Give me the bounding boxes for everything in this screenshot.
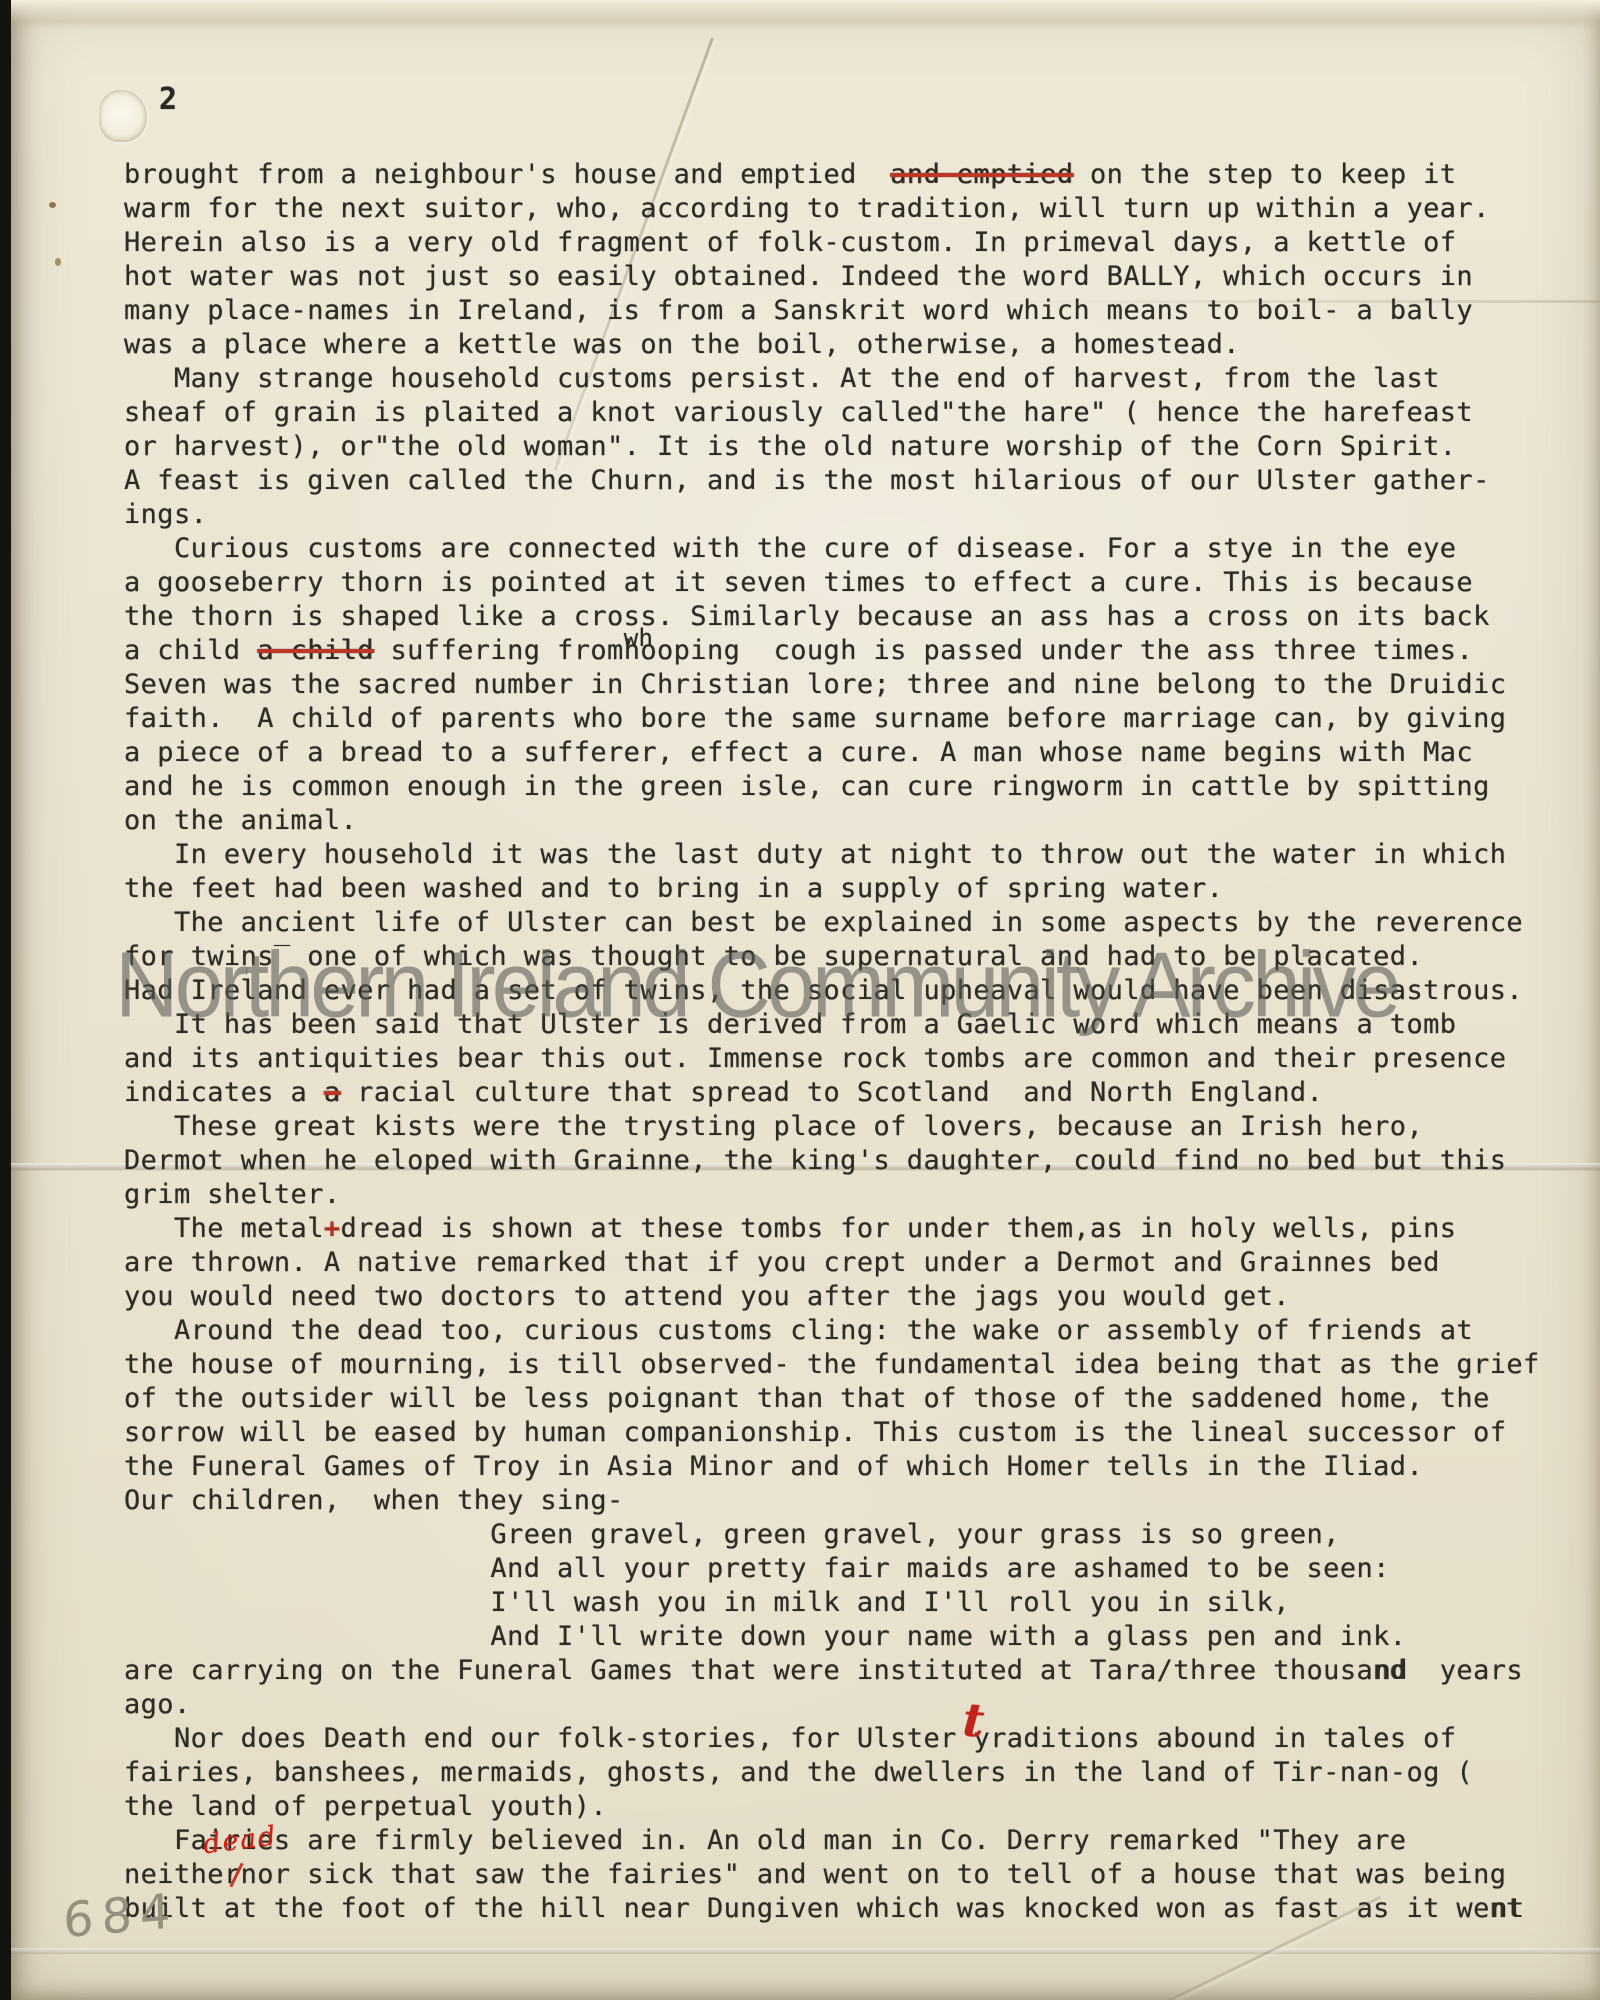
text-segment: and its antiquities bear this out. Immen…	[124, 1043, 1506, 1074]
text-line: Herein also is a very old fragment of fo…	[124, 226, 1584, 260]
text-segment: The metal	[124, 1213, 324, 1244]
text-segment: Green gravel, green gravel, your grass i…	[124, 1519, 1340, 1550]
correction-mark: and emptied	[890, 159, 1073, 190]
text-segment: of the outsider will be less poignant th…	[124, 1383, 1490, 1414]
text-segment: the feet had been washed and to bring in…	[124, 873, 1223, 904]
text-line: the feet had been washed and to bring in…	[124, 872, 1584, 906]
text-line: a piece of a bread to a sufferer, effect…	[124, 736, 1584, 770]
text-line: are thrown. A native remarked that if yo…	[124, 1246, 1584, 1280]
text-segment: a child	[124, 635, 257, 666]
text-segment: suffering from	[374, 635, 624, 666]
text-line: and he is common enough in the green isl…	[124, 770, 1584, 804]
correction-mark: nt	[1490, 1893, 1523, 1924]
paper-bottom-crease	[11, 1948, 1600, 1954]
text-segment: Many strange household customs persist. …	[124, 363, 1440, 394]
paper-sheet: 2 brought from a neighbour's house and e…	[11, 0, 1600, 2000]
paper-hole-mark	[99, 90, 147, 142]
text-line: neither deadnor sick that saw the fairie…	[124, 1858, 1584, 1892]
text-line: ings.	[124, 498, 1584, 532]
text-segment: was a place where a kettle was on the bo…	[124, 329, 1240, 360]
text-line: ago.	[124, 1688, 1584, 1722]
text-line: Around the dead too, curious customs cli…	[124, 1314, 1584, 1348]
text-segment: A feast is given called the Churn, and i…	[124, 465, 1490, 496]
text-segment: built at the foot of the hill near Dungi…	[124, 1893, 1490, 1924]
text-line: Dermot when he eloped with Grainne, the …	[124, 1144, 1584, 1178]
paper-speck	[55, 258, 61, 266]
text-line: sheaf of grain is plaited a knot various…	[124, 396, 1584, 430]
text-segment: the land of perpetual youth).	[124, 1791, 607, 1822]
text-line: faith. A child of parents who bore the s…	[124, 702, 1584, 736]
text-line: of the outsider will be less poignant th…	[124, 1382, 1584, 1416]
text-segment: racial culture that spread to Scotland a…	[341, 1077, 1324, 1108]
text-segment: fairies, banshees, mermaids, ghosts, and…	[124, 1757, 1473, 1788]
text-segment: years	[1406, 1655, 1523, 1686]
text-segment: hooping cough is passed under the ass th…	[624, 635, 1473, 666]
correction-mark: nd	[1373, 1655, 1406, 1686]
text-line: Nor does Death end our folk-stories, for…	[124, 1722, 1584, 1756]
text-segment: Dermot when he eloped with Grainne, the …	[124, 1145, 1506, 1176]
correction-mark: a	[324, 1077, 341, 1108]
text-segment: ings.	[124, 499, 207, 530]
red-ink-insertion: t	[962, 1696, 987, 1743]
text-segment: nor sick that saw the fairies" and went …	[241, 1859, 1507, 1890]
text-line: and its antiquities bear this out. Immen…	[124, 1042, 1584, 1076]
text-line: I'll wash you in milk and I'll roll you …	[124, 1586, 1584, 1620]
correction-mark: yt	[973, 1723, 990, 1754]
text-segment: warm for the next suitor, who, according…	[124, 193, 1490, 224]
text-line: warm for the next suitor, who, according…	[124, 192, 1584, 226]
text-line: grim shelter.	[124, 1178, 1584, 1212]
text-line: sorrow will be eased by human companions…	[124, 1416, 1584, 1450]
text-line: These great kists were the trysting plac…	[124, 1110, 1584, 1144]
text-segment: sorrow will be eased by human companions…	[124, 1417, 1506, 1448]
text-segment: In every household it was the last duty …	[124, 839, 1506, 870]
text-segment: a gooseberry thorn is pointed at it seve…	[124, 567, 1473, 598]
text-line: indicates a a racial culture that spread…	[124, 1076, 1584, 1110]
text-segment: you would need two doctors to attend you…	[124, 1281, 1290, 1312]
text-segment: ago.	[124, 1689, 191, 1720]
text-line: A feast is given called the Churn, and i…	[124, 464, 1584, 498]
text-line: the thorn is shaped like a cross. Simila…	[124, 600, 1584, 634]
text-segment: I'll wash you in milk and I'll roll you …	[124, 1587, 1290, 1618]
handwritten-number: 684	[63, 1883, 179, 1949]
text-segment: Curious customs are connected with the c…	[124, 533, 1456, 564]
text-segment: a piece of a bread to a sufferer, effect…	[124, 737, 1473, 768]
text-line: Fairies are firmly believed in. An old m…	[124, 1824, 1584, 1858]
text-segment: Nor does Death end our folk-stories, for…	[124, 1723, 973, 1754]
text-segment: many place-names in Ireland, is from a S…	[124, 295, 1473, 326]
typed-text: brought from a neighbour's house and emp…	[124, 158, 1584, 1926]
paper-speck	[49, 202, 56, 208]
text-line: a gooseberry thorn is pointed at it seve…	[124, 566, 1584, 600]
text-segment: the Funeral Games of Troy in Asia Minor …	[124, 1451, 1423, 1482]
text-segment: hot water was not just so easily obtaine…	[124, 261, 1473, 292]
text-line: And all your pretty fair maids are asham…	[124, 1552, 1584, 1586]
text-line: or harvest), or"the old woman". It is th…	[124, 430, 1584, 464]
text-segment: Herein also is a very old fragment of fo…	[124, 227, 1456, 258]
text-segment: and he is common enough in the green isl…	[124, 771, 1490, 802]
text-segment: Seven was the sacred number in Christian…	[124, 669, 1506, 700]
text-line: Many strange household customs persist. …	[124, 362, 1584, 396]
paper-top-fold	[11, 0, 1600, 30]
text-segment: And I'll write down your name with a gla…	[124, 1621, 1406, 1652]
text-segment: brought from a neighbour's house and emp…	[124, 159, 890, 190]
text-line: you would need two doctors to attend you…	[124, 1280, 1584, 1314]
text-segment: grim shelter.	[124, 1179, 341, 1210]
text-line: In every household it was the last duty …	[124, 838, 1584, 872]
text-line: the Funeral Games of Troy in Asia Minor …	[124, 1450, 1584, 1484]
text-line: was a place where a kettle was on the bo…	[124, 328, 1584, 362]
text-line: Curious customs are connected with the c…	[124, 532, 1584, 566]
text-segment: the house of mourning, is till observed-…	[124, 1349, 1540, 1380]
text-line: a child a child suffering fromwhhooping …	[124, 634, 1584, 668]
text-line: hot water was not just so easily obtaine…	[124, 260, 1584, 294]
text-segment: are thrown. A native remarked that if yo…	[124, 1247, 1440, 1278]
text-line: fairies, banshees, mermaids, ghosts, and…	[124, 1756, 1584, 1790]
text-segment: sheaf of grain is plaited a knot various…	[124, 397, 1473, 428]
text-line: are carrying on the Funeral Games that w…	[124, 1654, 1584, 1688]
text-line: the house of mourning, is till observed-…	[124, 1348, 1584, 1382]
text-line: Seven was the sacred number in Christian…	[124, 668, 1584, 702]
correction-mark: a child	[257, 635, 374, 666]
correction-mark: +	[324, 1213, 341, 1244]
page-number: 2	[159, 82, 177, 117]
text-segment: Fairies are firmly believed in. An old m…	[124, 1825, 1406, 1856]
text-segment: These great kists were the trysting plac…	[124, 1111, 1423, 1142]
text-line: Green gravel, green gravel, your grass i…	[124, 1518, 1584, 1552]
text-segment: indicates a	[124, 1077, 324, 1108]
text-segment: on the step to keep it	[1073, 159, 1456, 190]
text-line: brought from a neighbour's house and emp…	[124, 158, 1584, 192]
text-segment: on the animal.	[124, 805, 357, 836]
text-line: on the animal.	[124, 804, 1584, 838]
archive-watermark: Northern Ireland Community Archive	[115, 931, 1595, 1038]
text-segment: dread is shown at these tombs for under …	[341, 1213, 1457, 1244]
text-segment: are carrying on the Funeral Games that w…	[124, 1655, 1373, 1686]
text-segment: Around the dead too, curious customs cli…	[124, 1315, 1473, 1346]
text-segment: And all your pretty fair maids are asham…	[124, 1553, 1390, 1584]
text-segment: Our children, when they sing-	[124, 1485, 624, 1516]
text-line: Our children, when they sing-	[124, 1484, 1584, 1518]
text-segment: the thorn is shaped like a cross. Simila…	[124, 601, 1490, 632]
scanned-document: 2 brought from a neighbour's house and e…	[0, 0, 1600, 2000]
text-line: the land of perpetual youth).	[124, 1790, 1584, 1824]
text-segment: raditions abound in tales of	[990, 1723, 1456, 1754]
text-line: And I'll write down your name with a gla…	[124, 1620, 1584, 1654]
text-line: The metal+dread is shown at these tombs …	[124, 1212, 1584, 1246]
text-segment: faith. A child of parents who bore the s…	[124, 703, 1506, 734]
text-line: many place-names in Ireland, is from a S…	[124, 294, 1584, 328]
text-segment: or harvest), or"the old woman". It is th…	[124, 431, 1456, 462]
text-line: built at the foot of the hill near Dungi…	[124, 1892, 1584, 1926]
